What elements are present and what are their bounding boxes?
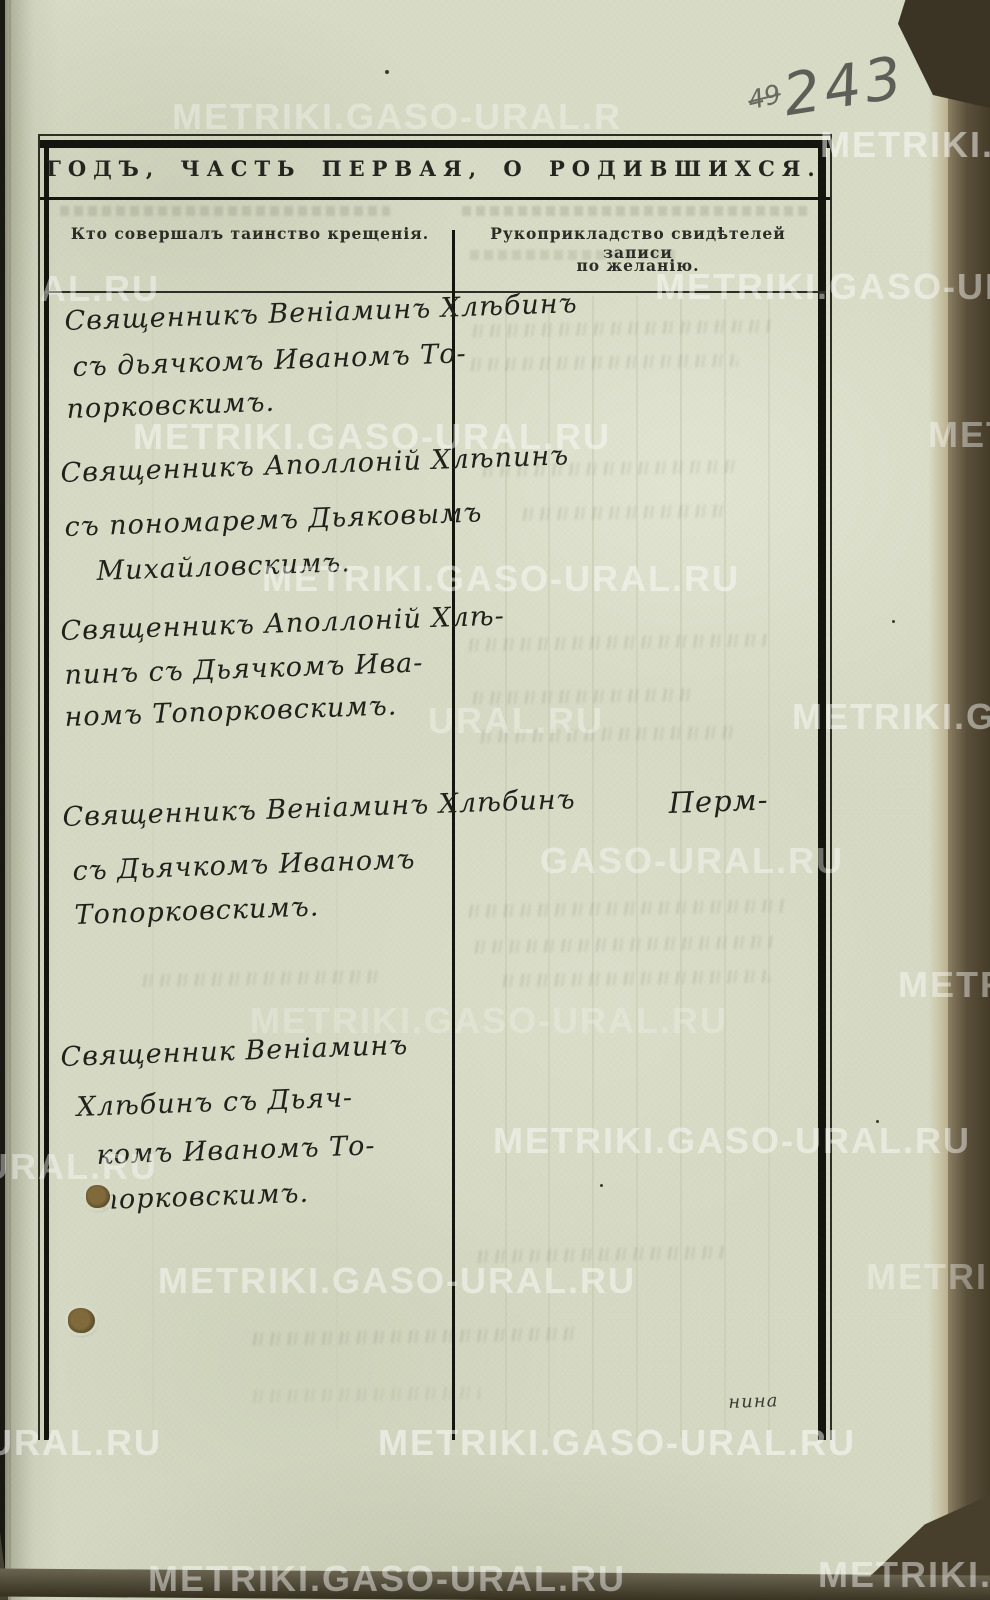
archive-watermark: METRIKI.GASO-URAL.R <box>172 96 622 138</box>
archive-watermark: METRIKI.GASO-URAL.RU <box>148 1558 626 1600</box>
archive-watermark: METRIKI.GASO-URAL.RU <box>262 558 740 600</box>
archive-watermark: METRIKI.GASO-URAL.RU <box>133 416 611 458</box>
table-border-right <box>818 140 826 1440</box>
entry-4-right-column-note: Перм- <box>668 783 769 820</box>
table-border-left-outer <box>38 134 40 1440</box>
archive-watermark: URAL.RU <box>0 1422 162 1464</box>
page-edge-line-outer <box>0 0 5 1600</box>
bleed-printed-text <box>60 206 390 216</box>
pencil-page-number: 49243 <box>748 52 906 120</box>
column-divider <box>452 230 455 1440</box>
gutter-shadow <box>0 0 34 1600</box>
scanned-metric-book-page: ГОДЪ, ЧАСТЬ ПЕРВАЯ, О РОДИВШИХСЯ. Кто со… <box>0 0 990 1600</box>
archive-watermark: METRIKI.GASO-URAL.RU <box>158 1260 636 1302</box>
right-book-edge <box>948 0 990 1600</box>
archive-watermark: METRIKI.G <box>818 1554 990 1596</box>
ink-speck <box>892 620 895 623</box>
page-title: ГОДЪ, ЧАСТЬ ПЕРВАЯ, О РОДИВШИХСЯ. <box>40 156 828 181</box>
table-border-top <box>40 140 832 148</box>
archive-watermark: AL.RU <box>40 268 160 310</box>
archive-watermark: METRIKI.G <box>928 414 990 456</box>
archive-watermark: METRIKI.G <box>820 124 990 166</box>
page-number: 243 <box>779 43 911 129</box>
archive-watermark: URAL.RU <box>0 1146 158 1188</box>
archive-watermark: METRIKI.G <box>792 696 990 738</box>
archive-watermark: METRIKI.GASO-URAL.RU <box>655 266 990 308</box>
crossed-out-number: 49 <box>745 79 784 116</box>
page-edge-line-inner <box>9 0 11 1600</box>
archive-watermark: METRIKI.G <box>898 964 990 1006</box>
table-border-left <box>44 140 49 1440</box>
table-border-right-outer <box>830 134 832 1440</box>
archive-watermark: METRIKI.GASO-URAL.RU <box>378 1422 856 1464</box>
punch-hole <box>86 1185 110 1208</box>
archive-watermark: METRIKI.GASO-URAL.RU <box>493 1120 971 1162</box>
archive-watermark: METRIKI.G <box>866 1256 990 1298</box>
rule-under-title <box>40 197 830 200</box>
bottom-scribble: нина <box>728 1390 779 1413</box>
left-column-header: Кто совершалъ таинство крещенія. <box>48 224 452 243</box>
archive-watermark: METRIKI.GASO-URAL.RU <box>250 1000 728 1042</box>
archive-watermark: URAL.RU <box>428 700 604 742</box>
punch-hole <box>68 1308 95 1333</box>
ink-speck <box>385 70 389 74</box>
bleed-printed-text <box>462 206 808 216</box>
ink-speck <box>600 1184 603 1187</box>
archive-watermark: GASO-URAL.RU <box>540 840 844 882</box>
